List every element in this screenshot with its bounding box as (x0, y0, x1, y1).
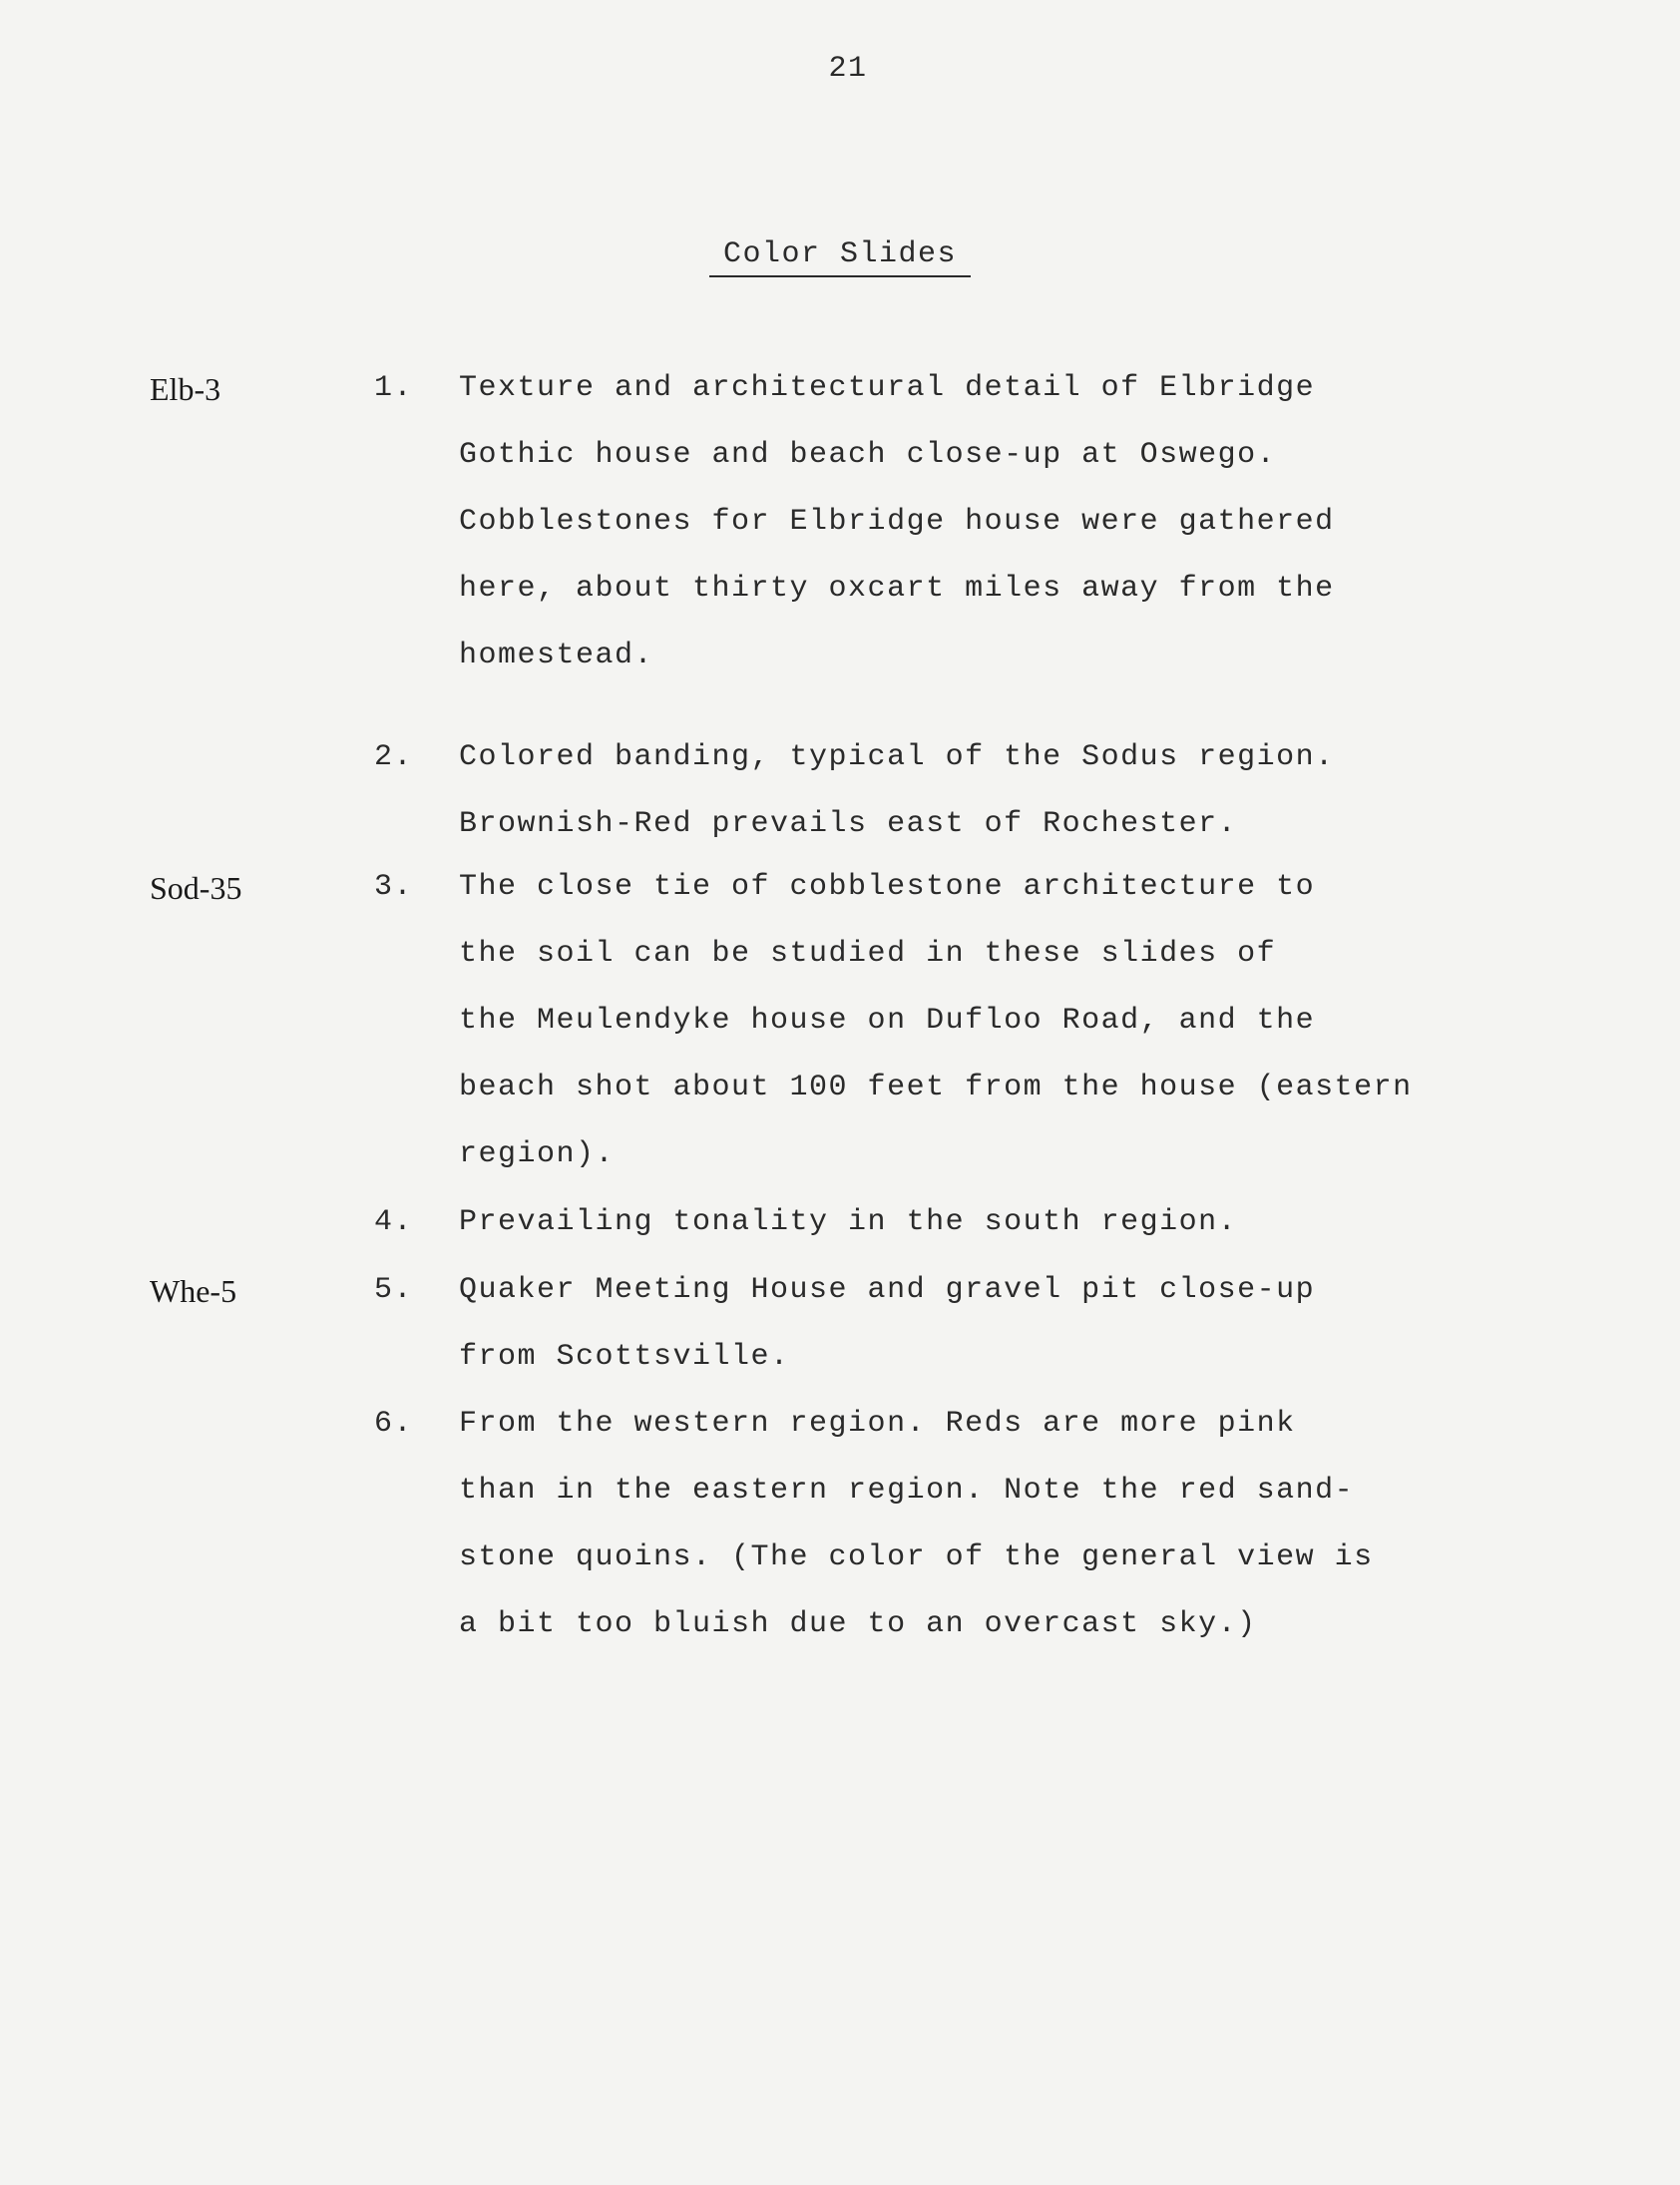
entry-text-line: the soil can be studied in these slides … (459, 937, 1276, 971)
entry-number: 5. (374, 1273, 413, 1307)
entry-number: 1. (374, 371, 413, 405)
entry-text-line: stone quoins. (The color of the general … (459, 1540, 1374, 1574)
entry-text-line: beach shot about 100 feet from the house… (459, 1071, 1413, 1104)
entry-text-line: Colored banding, typical of the Sodus re… (459, 740, 1335, 774)
entry-number: 2. (374, 740, 413, 774)
entry-text-line: Gothic house and beach close-up at Osweg… (459, 438, 1276, 472)
entry-number: 6. (374, 1407, 413, 1441)
entry-text-line: Quaker Meeting House and gravel pit clos… (459, 1273, 1315, 1307)
entry-text-line: Prevailing tonality in the south region. (459, 1205, 1237, 1239)
title-text: Color Slides (709, 237, 971, 277)
entry-number: 4. (374, 1205, 413, 1239)
entry-text-line: a bit too bluish due to an overcast sky.… (459, 1607, 1257, 1641)
entry-text-line: region). (459, 1137, 615, 1171)
entry-number: 3. (374, 870, 413, 904)
entry-text-line: homestead. (459, 639, 653, 672)
page-title: Color Slides (0, 237, 1680, 271)
slide-label-sod-35: Sod-35 (150, 870, 241, 907)
entry-text-line: from Scottsville. (459, 1340, 790, 1374)
entry-text-line: the Meulendyke house on Dufloo Road, and… (459, 1004, 1315, 1038)
entry-text-line: Brownish-Red prevails east of Rochester. (459, 807, 1237, 841)
entry-text-line: Cobblestones for Elbridge house were gat… (459, 505, 1335, 539)
page-number: 21 (0, 52, 1680, 86)
entry-text-line: than in the eastern region. Note the red… (459, 1474, 1354, 1508)
slide-label-whe-5: Whe-5 (150, 1273, 236, 1310)
entry-text-line: Texture and architectural detail of Elbr… (459, 371, 1315, 405)
entry-text-line: here, about thirty oxcart miles away fro… (459, 572, 1335, 606)
entry-text-line: The close tie of cobblestone architectur… (459, 870, 1315, 904)
entry-text-line: From the western region. Reds are more p… (459, 1407, 1296, 1441)
slide-label-elb-3: Elb-3 (150, 371, 220, 408)
